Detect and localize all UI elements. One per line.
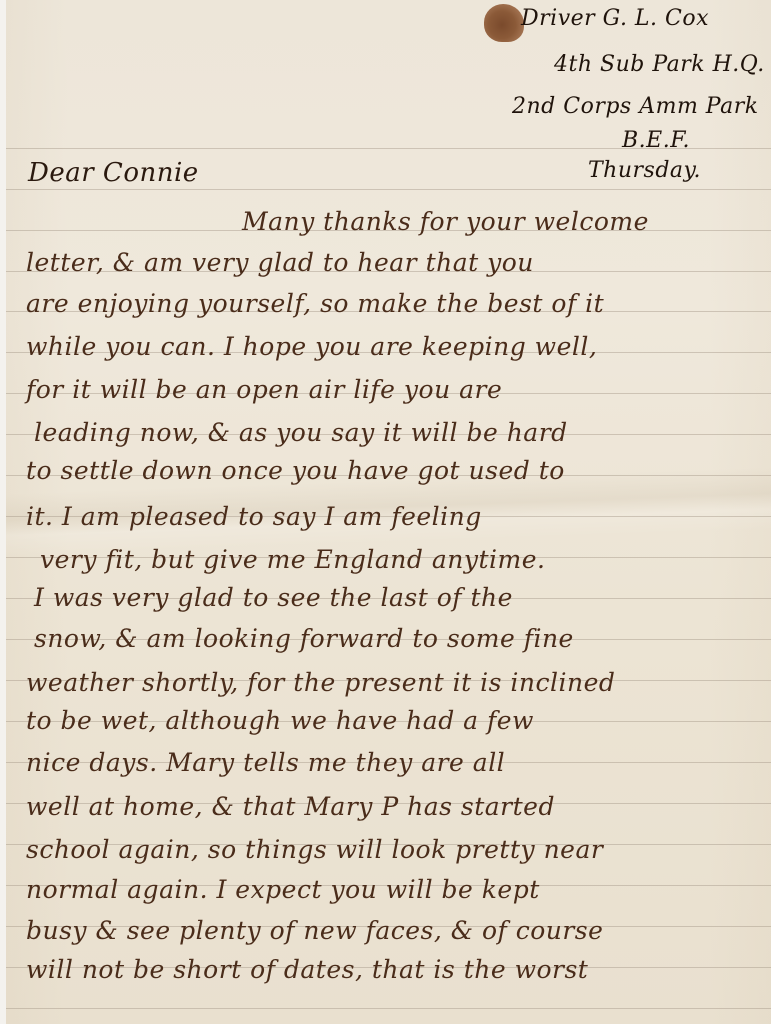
ruled-line [6,1008,771,1009]
ink-stain [484,4,524,42]
body-line: snow, & am looking forward to some fine [34,624,574,653]
letter-date: Thursday. [588,158,701,183]
body-line: Many thanks for your welcome [242,207,649,236]
sender-name: Driver G. L. Cox [521,6,709,31]
body-line: weather shortly, for the present it is i… [26,668,615,697]
body-line: nice days. Mary tells me they are all [26,748,505,777]
body-line: to be wet, although we have had a few [26,706,534,735]
ruled-line [6,189,771,190]
sender-unit: 4th Sub Park H.Q. [554,52,765,77]
body-line: letter, & am very glad to hear that you [26,248,534,277]
sender-bef: B.E.F. [622,128,690,153]
body-line: busy & see plenty of new faces, & of cou… [26,916,603,945]
sender-corps: 2nd Corps Amm Park [512,94,759,119]
body-line: well at home, & that Mary P has started [26,792,555,821]
body-line: while you can. I hope you are keeping we… [26,332,597,361]
body-line: school again, so things will look pretty… [26,835,603,864]
body-line: it. I am pleased to say I am feeling [26,502,482,531]
body-line: I was very glad to see the last of the [34,583,513,612]
body-line: very fit, but give me England anytime. [40,545,545,574]
body-line: will not be short of dates, that is the … [26,955,588,984]
body-line: to settle down once you have got used to [26,456,565,485]
body-line: for it will be an open air life you are [26,375,502,404]
body-line: are enjoying yourself, so make the best … [26,289,604,318]
salutation: Dear Connie [28,158,199,188]
letter-page: Driver G. L. Cox 4th Sub Park H.Q. 2nd C… [6,0,771,1024]
body-line: leading now, & as you say it will be har… [34,418,568,447]
body-line: normal again. I expect you will be kept [26,875,540,904]
